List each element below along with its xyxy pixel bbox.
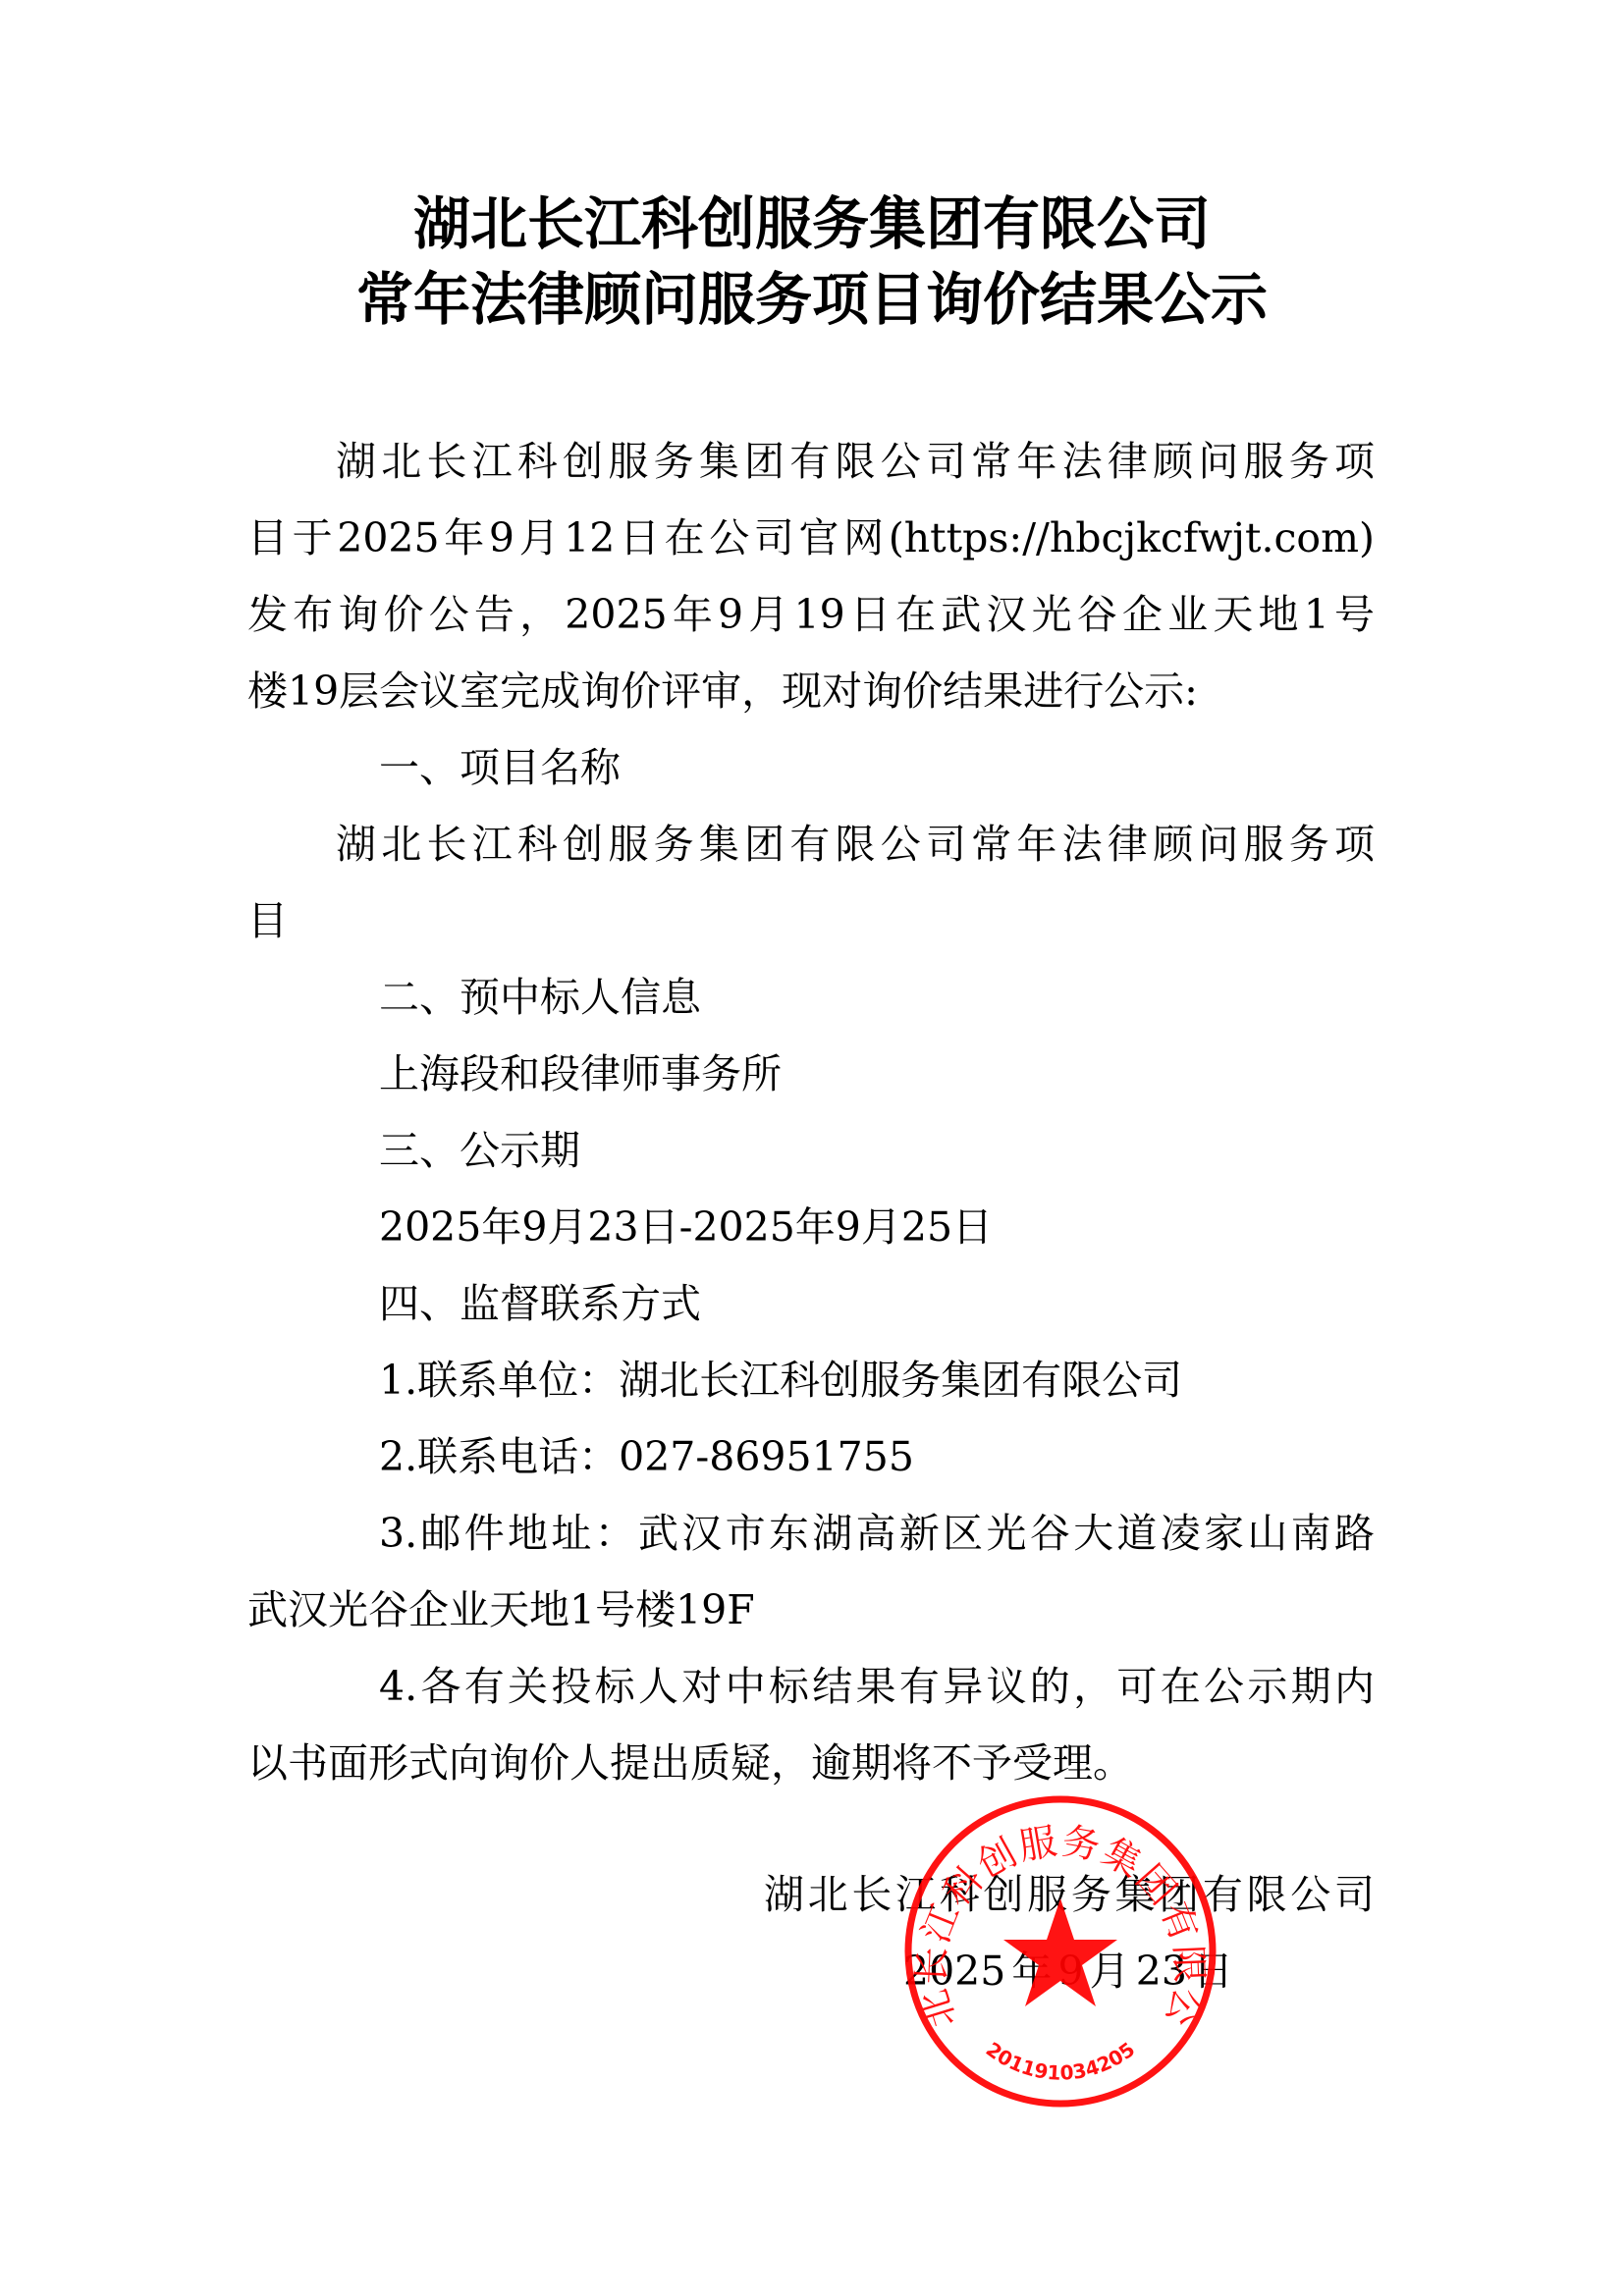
intro-line-1: 湖北长江科创服务集团有限公司常年法律顾问服务项 bbox=[336, 423, 1375, 500]
period-value: 2025年9月23日-2025年9月25日 bbox=[379, 1189, 993, 1265]
mail-address-line-2: 武汉光谷企业天地1号楼19F bbox=[247, 1572, 755, 1648]
mail-address-line-1: 3.邮件地址：武汉市东湖高新区光谷大道凌家山南路 bbox=[379, 1495, 1375, 1572]
section-heading-winner: 二、预中标人信息 bbox=[379, 959, 701, 1036]
intro-line-2: 目于2025年9月12日在公司官网(https://hbcjkcfwjt.com… bbox=[247, 500, 1375, 576]
section-heading-supervision: 四、监督联系方式 bbox=[379, 1265, 701, 1342]
intro-line-3: 发布询价公告，2025年9月19日在武汉光谷企业天地1号 bbox=[247, 576, 1375, 653]
winner-name: 上海段和段律师事务所 bbox=[379, 1036, 782, 1112]
section-heading-project-name: 一、项目名称 bbox=[379, 729, 621, 806]
document-title-line-2: 常年法律顾问服务项目询价结果公示 bbox=[0, 260, 1624, 339]
objection-note-line-2: 以书面形式向询价人提出质疑，逾期将不予受理。 bbox=[247, 1725, 1133, 1801]
project-name-line-1: 湖北长江科创服务集团有限公司常年法律顾问服务项 bbox=[336, 806, 1375, 882]
contact-phone: 2.联系电话：027-86951755 bbox=[379, 1418, 914, 1495]
contact-unit: 1.联系单位：湖北长江科创服务集团有限公司 bbox=[379, 1342, 1182, 1418]
document-page: 湖北长江科创服务集团有限公司 常年法律顾问服务项目询价结果公示 湖北长江科创服务… bbox=[0, 0, 1624, 2296]
objection-note-line-1: 4.各有关投标人对中标结果有异议的，可在公示期内 bbox=[379, 1648, 1375, 1725]
document-title-line-1: 湖北长江科创服务集团有限公司 bbox=[0, 185, 1624, 263]
intro-line-4: 楼19层会议室完成询价评审，现对询价结果进行公示: bbox=[247, 653, 1198, 729]
section-heading-period: 三、公示期 bbox=[379, 1112, 580, 1189]
signature-company: 湖北长江科创服务集团有限公司 bbox=[764, 1856, 1375, 1933]
signature-date: 2025年9月23日 bbox=[903, 1933, 1233, 2009]
project-name-line-2: 目 bbox=[247, 882, 288, 959]
